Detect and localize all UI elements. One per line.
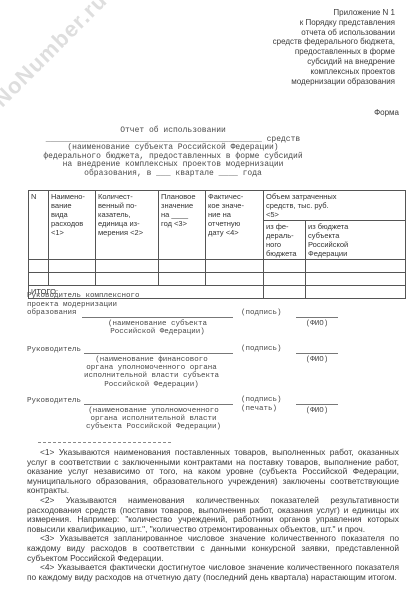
- table-cell: [29, 260, 49, 273]
- table-cell: [264, 273, 306, 286]
- appendix-note: Приложение N 1 к Порядку представления о…: [273, 8, 395, 86]
- col-header-num: N: [29, 191, 49, 260]
- report-title-block: Отчет об использовании _________________…: [36, 127, 310, 179]
- fio-hint: (ФИО): [296, 356, 338, 364]
- fio-blank-line: [296, 397, 338, 405]
- table-cell: [159, 260, 206, 273]
- footnote-1: <1> Указываются наименования поставленны…: [27, 448, 399, 496]
- col-header-spent-regional: из бюджета субъекта Российской Федерации: [306, 221, 406, 260]
- footnotes-block: <1> Указываются наименования поставленны…: [27, 448, 399, 582]
- table-cell: [29, 273, 49, 286]
- form-type-label: Форма: [374, 108, 399, 117]
- total-regional-cell: [306, 286, 406, 299]
- table-cell: [306, 260, 406, 273]
- signature-blank-line: [82, 310, 233, 318]
- col-header-quantity: Количест- венный по- казатель, единица и…: [96, 191, 159, 260]
- signature-caption: (наименование финансового органа уполном…: [70, 356, 233, 389]
- table-cell: [49, 273, 96, 286]
- col-header-expense-type: Наимено- вание вида расходов <1>: [49, 191, 96, 260]
- table-row: [29, 260, 406, 273]
- table-cell: [306, 273, 406, 286]
- fio-hint: (ФИО): [296, 407, 338, 415]
- sign-hint: (подпись): [241, 396, 282, 405]
- signature-caption: (наименование уполномоченного органа исп…: [74, 407, 233, 432]
- signatory-role: Руководитель: [27, 397, 81, 406]
- fio-hint: (ФИО): [296, 320, 338, 328]
- signature-caption: (наименование субъекта Российской Федера…: [82, 320, 233, 336]
- footnote-3: <3> Указывается запланированное числовое…: [27, 534, 399, 563]
- sign-hint: (подпись): [241, 309, 282, 318]
- fio-blank-line: [296, 310, 338, 318]
- col-header-spent-group: Объем затраченных средств, тыс. руб. <5>: [264, 191, 406, 221]
- expenses-table: N Наимено- вание вида расходов <1> Колич…: [28, 190, 406, 299]
- report-period-line: образования, в ___ квартале ____ года: [36, 170, 310, 179]
- stamp-hint: (печать): [241, 405, 277, 414]
- table-cell: [159, 273, 206, 286]
- col-header-spent-federal: из фе- дераль- ного бюджета: [264, 221, 306, 260]
- total-federal-cell: [264, 286, 306, 299]
- footnote-4: <4> Указывается фактически достигнутое ч…: [27, 563, 399, 582]
- table-row: [29, 273, 406, 286]
- table-cell: [206, 273, 264, 286]
- footnote-2: <2> Указываются наименования количествен…: [27, 496, 399, 534]
- table-cell: [96, 273, 159, 286]
- sign-hint: (подпись): [241, 345, 282, 354]
- col-header-planned: Плановое значение на ____ год <3>: [159, 191, 206, 260]
- watermark: NoNumber.ru: [0, 0, 113, 112]
- footnote-separator: [38, 442, 171, 443]
- document-page: NoNumber.ru Приложение N 1 к Порядку пре…: [0, 0, 420, 600]
- table-cell: [264, 260, 306, 273]
- signatory-role: Руководитель: [27, 346, 81, 355]
- signature-blank-line: [84, 397, 233, 405]
- table-cell: [206, 260, 264, 273]
- fio-blank-line: [296, 346, 338, 354]
- table-cell: [49, 260, 96, 273]
- table-cell: [96, 260, 159, 273]
- col-header-actual: Фактичес- кое значе- ние на отчетную дат…: [206, 191, 264, 260]
- signature-blank-line: [84, 346, 233, 354]
